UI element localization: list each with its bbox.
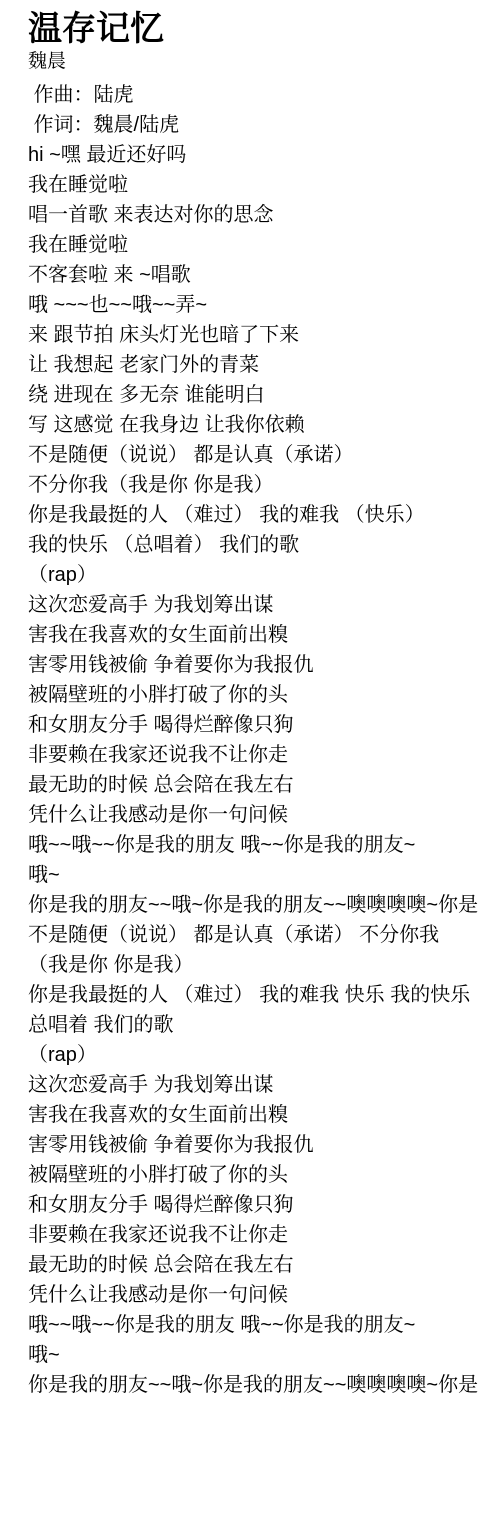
- lyric-line: 写 这感觉 在我身边 让我你依赖: [28, 410, 500, 440]
- page-container: 温存记忆 魏晨 作曲：陆虎 作词：魏晨/陆虎hi ~嘿 最近还好吗我在睡觉啦唱一…: [0, 0, 500, 1400]
- lyric-line: 你是我的朋友~~哦~你是我的朋友~~噢噢噢噢~你是: [28, 1370, 500, 1400]
- lyric-line: 不是随便（说说） 都是认真（承诺）: [28, 440, 500, 470]
- lyric-line: （我是你 你是我）: [28, 950, 500, 980]
- artist-name: 魏晨: [28, 50, 500, 74]
- lyric-line: 我在睡觉啦: [28, 170, 500, 200]
- lyric-line: 唱一首歌 来表达对你的思念: [28, 200, 500, 230]
- lyric-line: 我的快乐 （总唱着） 我们的歌: [28, 530, 500, 560]
- lyric-line: 最无助的时候 总会陪在我左右: [28, 770, 500, 800]
- lyric-line: 害零用钱被偷 争着要你为我报仇: [28, 650, 500, 680]
- lyric-line: 你是我的朋友~~哦~你是我的朋友~~噢噢噢噢~你是: [28, 890, 500, 920]
- lyric-line: 非要赖在我家还说我不让你走: [28, 740, 500, 770]
- lyric-line: 哦~~哦~~你是我的朋友 哦~~你是我的朋友~: [28, 1310, 500, 1340]
- lyric-line: 这次恋爱高手 为我划筹出谋: [28, 1070, 500, 1100]
- lyric-line: 哦~~哦~~你是我的朋友 哦~~你是我的朋友~: [28, 830, 500, 860]
- lyric-line: 被隔壁班的小胖打破了你的头: [28, 680, 500, 710]
- lyric-line: 哦~: [28, 1340, 500, 1370]
- lyric-line: 和女朋友分手 喝得烂醉像只狗: [28, 1190, 500, 1220]
- lyric-line: 凭什么让我感动是你一句问候: [28, 800, 500, 830]
- lyric-line: 凭什么让我感动是你一句问候: [28, 1280, 500, 1310]
- lyric-line: 来 跟节拍 床头灯光也暗了下来: [28, 320, 500, 350]
- lyric-line: 哦 ~~~也~~哦~~弄~: [28, 290, 500, 320]
- lyric-line: 最无助的时候 总会陪在我左右: [28, 1250, 500, 1280]
- lyric-line: 不客套啦 来 ~唱歌: [28, 260, 500, 290]
- lyric-line: 害我在我喜欢的女生面前出糗: [28, 1100, 500, 1130]
- lyric-line: 害零用钱被偷 争着要你为我报仇: [28, 1130, 500, 1160]
- lyric-line: 我在睡觉啦: [28, 230, 500, 260]
- lyric-line: （rap）: [28, 1040, 500, 1070]
- lyric-line: 你是我最挺的人 （难过） 我的难我 快乐 我的快乐: [28, 980, 500, 1010]
- lyric-line: 作曲：陆虎: [28, 80, 500, 110]
- lyric-line: 总唱着 我们的歌: [28, 1010, 500, 1040]
- lyric-line: 绕 进现在 多无奈 谁能明白: [28, 380, 500, 410]
- lyric-line: 害我在我喜欢的女生面前出糗: [28, 620, 500, 650]
- lyrics-page: { "header": { "title": "温存记忆", "artist":…: [0, 0, 500, 1540]
- lyric-line: 作词：魏晨/陆虎: [28, 110, 500, 140]
- lyric-line: 和女朋友分手 喝得烂醉像只狗: [28, 710, 500, 740]
- song-title: 温存记忆: [28, 8, 500, 50]
- lyric-line: 哦~: [28, 860, 500, 890]
- lyric-line: hi ~嘿 最近还好吗: [28, 140, 500, 170]
- lyric-line: 不是随便（说说） 都是认真（承诺） 不分你我: [28, 920, 500, 950]
- lyrics-block: 作曲：陆虎 作词：魏晨/陆虎hi ~嘿 最近还好吗我在睡觉啦唱一首歌 来表达对你…: [28, 80, 500, 1400]
- lyric-line: 你是我最挺的人 （难过） 我的难我 （快乐）: [28, 500, 500, 530]
- lyric-line: 不分你我（我是你 你是我）: [28, 470, 500, 500]
- lyric-line: 让 我想起 老家门外的青菜: [28, 350, 500, 380]
- lyric-line: 非要赖在我家还说我不让你走: [28, 1220, 500, 1250]
- lyric-line: 被隔壁班的小胖打破了你的头: [28, 1160, 500, 1190]
- lyric-line: 这次恋爱高手 为我划筹出谋: [28, 590, 500, 620]
- lyric-line: （rap）: [28, 560, 500, 590]
